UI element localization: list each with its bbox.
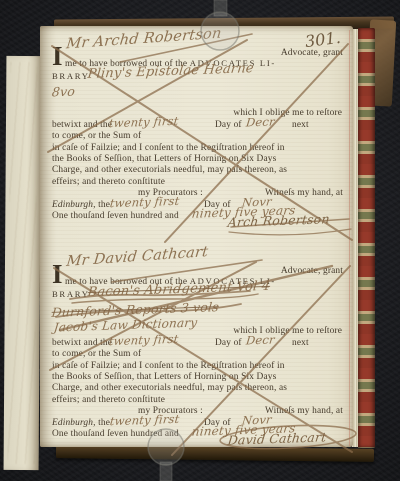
- printed-failzie-2: the Books of Seſſion, that Letters of Ho…: [52, 154, 276, 166]
- printed-failzie-4: effeirs; and thereto conſtitute: [52, 395, 165, 407]
- printed-advocate-grant: Advocate, grant: [281, 266, 343, 278]
- printed-witness: Witneſs my hand, at: [265, 188, 343, 200]
- handwritten-book-format: 8vo: [51, 86, 75, 98]
- printed-initial: I: [52, 44, 63, 68]
- printed-failzie-1: in caſe of Failzie; and I conſent to the…: [52, 143, 285, 155]
- handwritten-book-title: Pliny's Epistolae Hearne: [87, 63, 254, 80]
- marbled-fore-edge: [358, 28, 375, 448]
- printed-edinburgh: Edinburgh, the: [52, 200, 110, 212]
- photographed-register-page: 301. I Mr Archd Robertson Advocate, gran…: [0, 0, 400, 481]
- facing-page-edge: [4, 56, 42, 470]
- handwritten-signed-day: twenty first: [109, 196, 180, 210]
- printed-day-of: Day of: [215, 338, 242, 350]
- printed-next: next: [292, 120, 309, 132]
- printed-betwixt: betwixt and the: [52, 120, 112, 132]
- printed-initial: I: [52, 262, 63, 286]
- borrowing-entry-cathcart: I Mr David Cathcart Advocate, grant me t…: [52, 260, 346, 458]
- printed-failzie-3: Charge, and other executorials needful, …: [52, 165, 287, 177]
- printed-to-come: to come, or the Sum of: [52, 131, 141, 143]
- printed-to-come: to come, or the Sum of: [52, 349, 141, 361]
- borrower-signature: David Cathcart: [227, 431, 327, 446]
- handwritten-borrower-name: Mr Archd Robertson: [66, 29, 222, 51]
- printed-library-tail: BRARY: [52, 71, 90, 83]
- page-weight-rod-bottom: [160, 462, 172, 481]
- handwritten-due-month: Decr: [245, 335, 275, 347]
- printed-betwixt: betwixt and the: [52, 338, 112, 350]
- handwritten-due-month: Decr: [245, 117, 275, 129]
- printed-failzie-4: effeirs; and thereto conſtitute: [52, 177, 165, 189]
- printed-year-line: One thouſand ſeven hundred and: [52, 211, 179, 223]
- handwritten-signed-day: twenty first: [109, 414, 180, 428]
- handwritten-due-day: twenty first: [108, 116, 179, 130]
- page-edge-rule: [349, 30, 350, 446]
- printed-failzie-2: the Books of Seſſion, that Letters of Ho…: [52, 372, 276, 384]
- page-weight-rod-top: [214, 0, 227, 16]
- printed-edinburgh: Edinburgh, the: [52, 418, 110, 430]
- printed-advocate-grant: Advocate, grant: [281, 48, 343, 60]
- printed-witness: Witneſs my hand, at: [265, 406, 343, 418]
- printed-day-of: Day of: [215, 120, 242, 132]
- printed-year-line: One thouſand ſeven hundred and: [52, 429, 179, 441]
- printed-library-tail: BRARY: [52, 289, 90, 301]
- printed-next: next: [292, 338, 309, 350]
- printed-failzie-3: Charge, and other executorials needful, …: [52, 383, 287, 395]
- handwritten-due-day: twenty first: [108, 334, 179, 348]
- handwritten-borrower-name: Mr David Cathcart: [66, 247, 209, 268]
- handwritten-book-title-struck: Bacon's Abridgement Vol 4: [87, 281, 271, 299]
- borrowing-entry-robertson: I Mr Archd Robertson Advocate, grant me …: [52, 42, 346, 240]
- printed-failzie-1: in caſe of Failzie; and I conſent to the…: [52, 361, 285, 373]
- borrower-signature: Arch Robertson: [227, 213, 330, 228]
- register-page: 301. I Mr Archd Robertson Advocate, gran…: [40, 26, 353, 447]
